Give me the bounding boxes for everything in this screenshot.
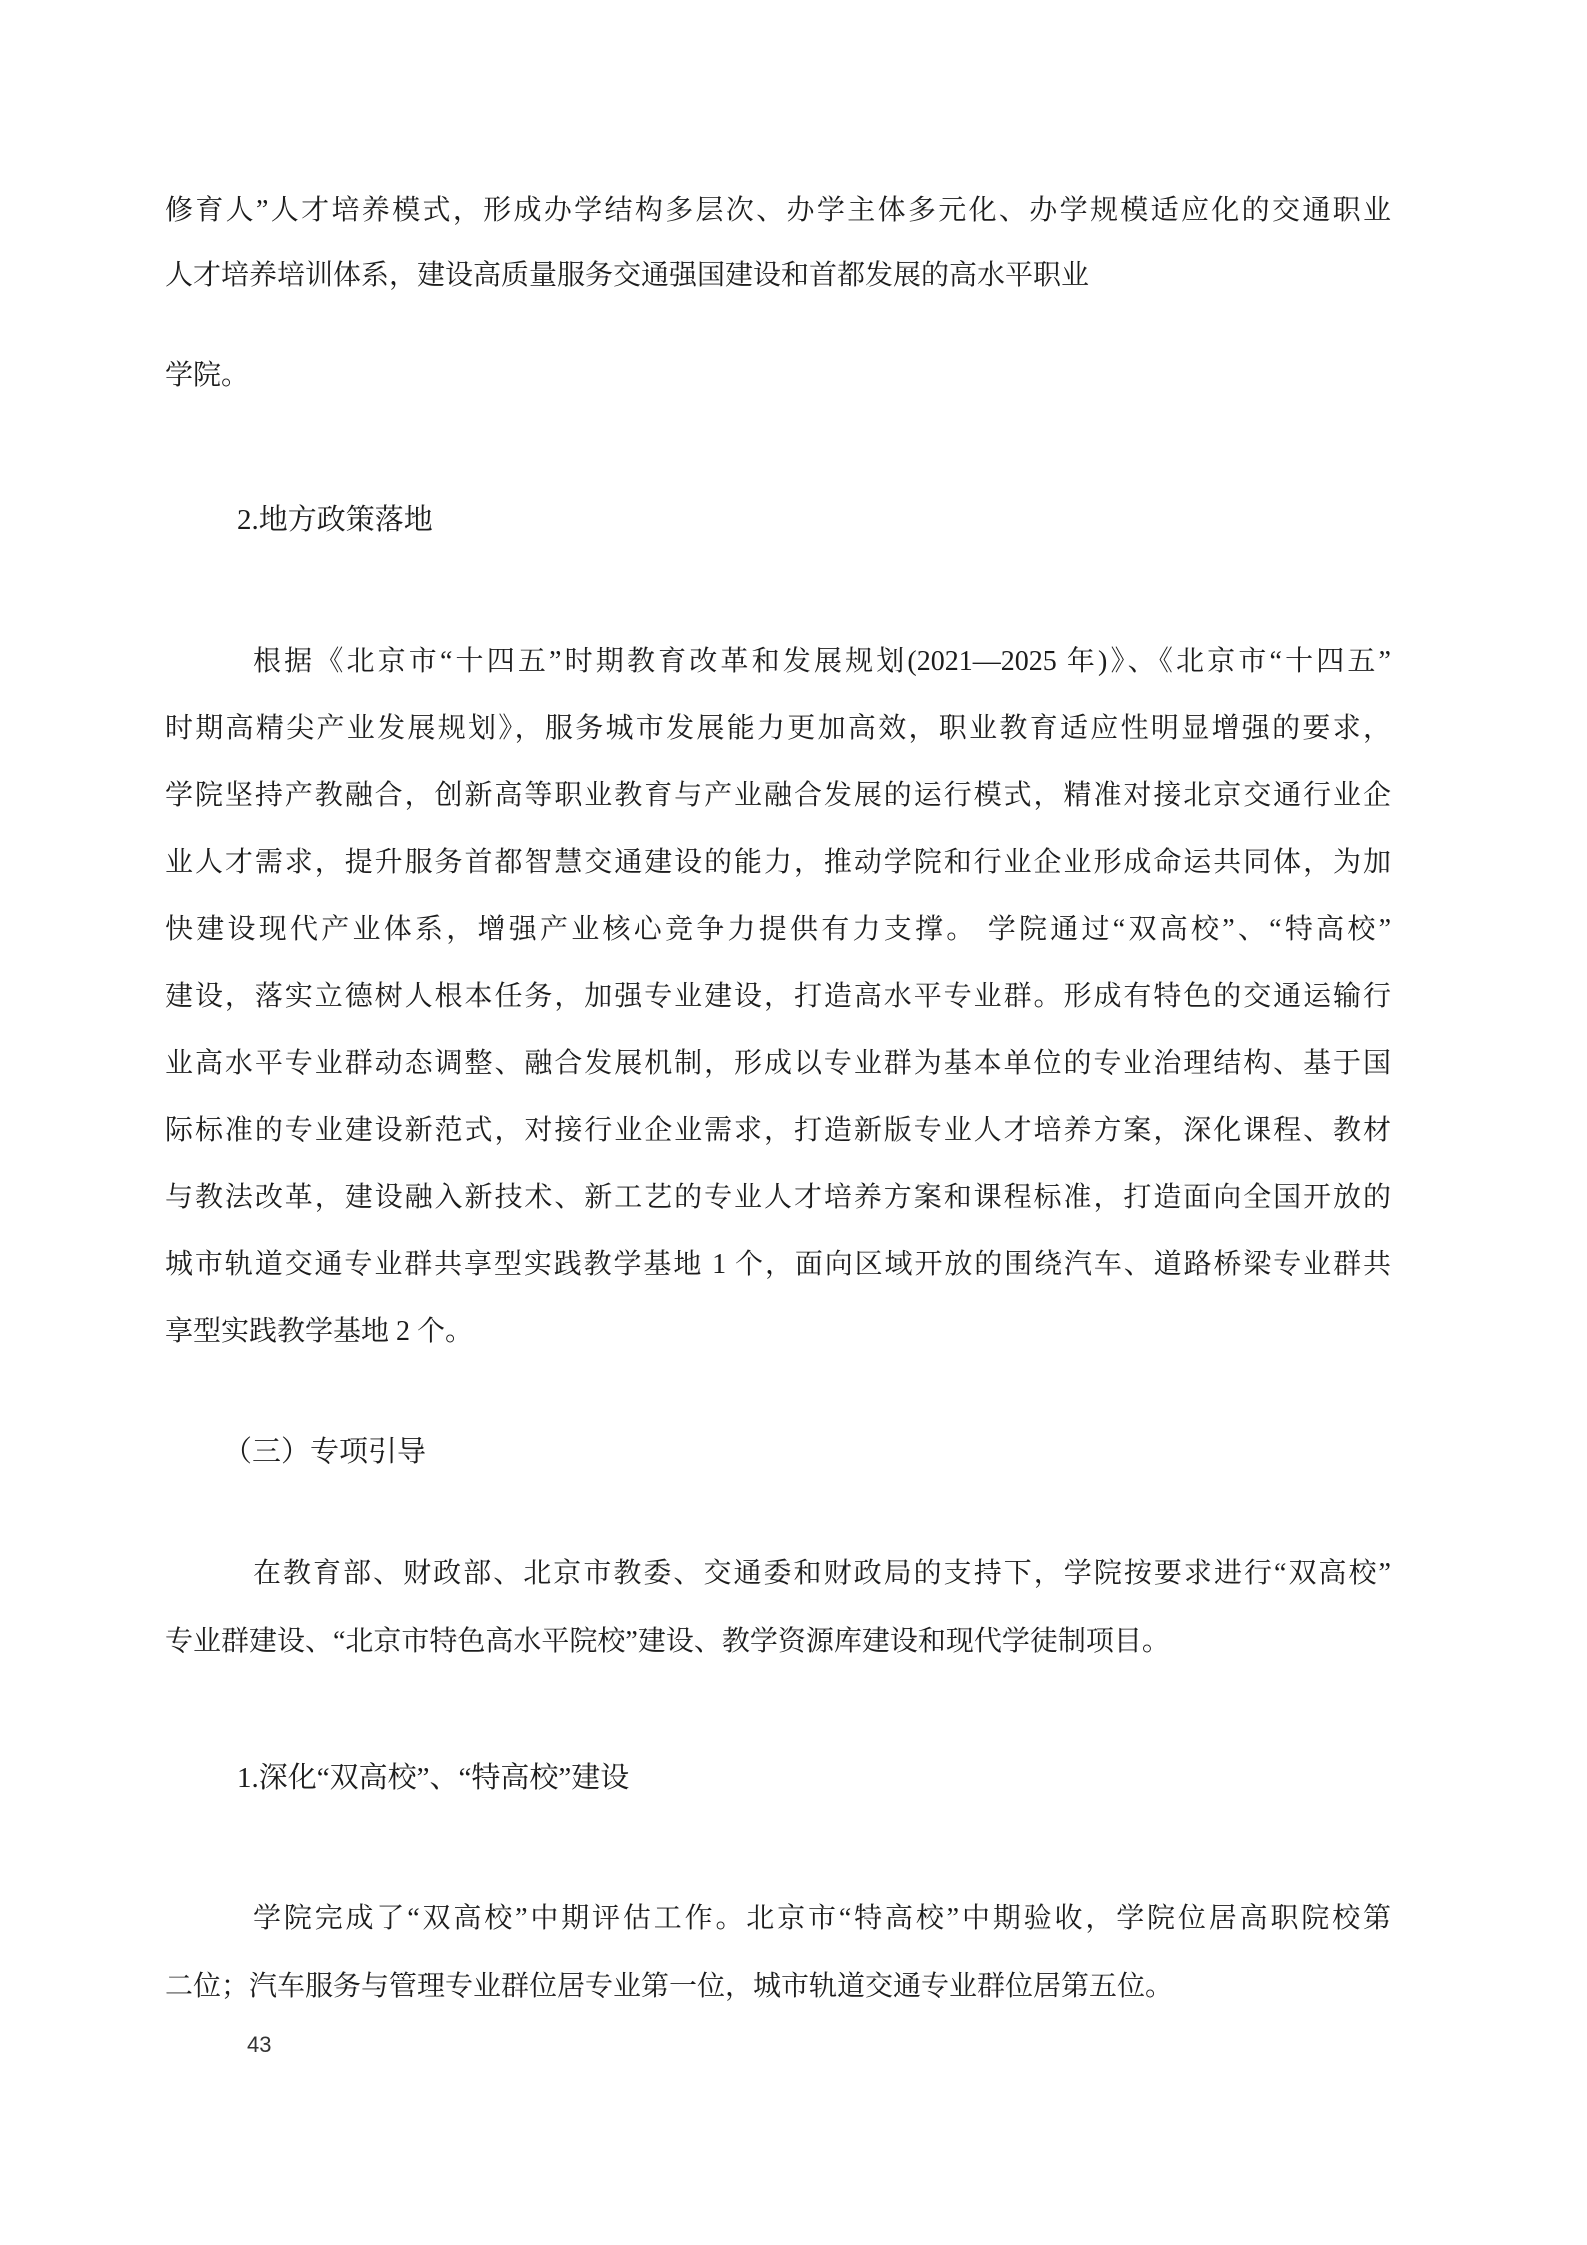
paragraph-intro: 修育人”人才培养模式，形成办学结构多层次、办学主体多元化、办学规模适应化的交通职… — [165, 178, 1391, 308]
document-page: 修育人”人才培养模式，形成办学结构多层次、办学主体多元化、办学规模适应化的交通职… — [0, 0, 1587, 2245]
paragraph-local-policy: 根据《北京市“十四五”时期教育改革和发展规划(2021—2025 年)》、《北京… — [165, 628, 1391, 1365]
text-line: 业高水平专业群动态调整、融合发展机制，形成以专业群为基本单位的专业治理结构、基于… — [165, 1030, 1391, 1097]
document-content: 修育人”人才培养模式，形成办学结构多层次、办学主体多元化、办学规模适应化的交通职… — [165, 0, 1391, 2021]
section-heading-special-guidance: （三）专项引导 — [165, 1420, 1391, 1485]
text-line: 二位；汽车服务与管理专业群位居专业第一位，城市轨道交通专业群位居第五位。 — [165, 1953, 1391, 2021]
text-line: 建设，落实立德树人根本任务，加强专业建设，打造高水平专业群。形成有特色的交通运输… — [165, 963, 1391, 1030]
paragraph-special-guidance: 在教育部、财政部、北京市教委、交通委和财政局的支持下，学院按要求进行“双高校” … — [165, 1540, 1391, 1676]
text-line: 人才培养培训体系，建设高质量服务交通强国建设和首都发展的高水平职业 — [165, 243, 1391, 308]
text-line: 根据《北京市“十四五”时期教育改革和发展规划(2021—2025 年)》、《北京… — [165, 628, 1391, 695]
paragraph-intro-end: 学院。 — [165, 343, 1391, 408]
section-heading-deepen: 1.深化“双高校”、“特高校”建设 — [165, 1746, 1391, 1811]
text-line: 专业群建设、“北京市特色高水平院校”建设、教学资源库建设和现代学徒制项目。 — [165, 1608, 1391, 1676]
text-line: 业人才需求，提升服务首都智慧交通建设的能力，推动学院和行业企业形成命运共同体，为… — [165, 829, 1391, 896]
text-line: 学院坚持产教融合，创新高等职业教育与产业融合发展的运行模式，精准对接北京交通行业… — [165, 762, 1391, 829]
text-line: 际标准的专业建设新范式，对接行业企业需求，打造新版专业人才培养方案，深化课程、教… — [165, 1097, 1391, 1164]
paragraph-deepen: 学院完成了“双高校”中期评估工作。北京市“特高校”中期验收，学院位居高职院校第 … — [165, 1885, 1391, 2021]
text-line: 学院。 — [165, 343, 1391, 408]
text-line: 快建设现代产业体系，增强产业核心竞争力提供有力支撑。 学院通过“双高校”、“特高… — [165, 896, 1391, 963]
text-line: 修育人”人才培养模式，形成办学结构多层次、办学主体多元化、办学规模适应化的交通职… — [165, 178, 1391, 243]
text-line: 与教法改革，建设融入新技术、新工艺的专业人才培养方案和课程标准，打造面向全国开放… — [165, 1164, 1391, 1231]
text-line: 时期高精尖产业发展规划》，服务城市发展能力更加高效，职业教育适应性明显增强的要求… — [165, 695, 1391, 762]
section-heading-local-policy: 2.地方政策落地 — [165, 488, 1391, 553]
text-line: 城市轨道交通专业群共享型实践教学基地 1 个，面向区域开放的围绕汽车、道路桥梁专… — [165, 1231, 1391, 1298]
text-line: 在教育部、财政部、北京市教委、交通委和财政局的支持下，学院按要求进行“双高校” — [165, 1540, 1391, 1608]
text-line: 享型实践教学基地 2 个。 — [165, 1298, 1391, 1365]
text-line: 学院完成了“双高校”中期评估工作。北京市“特高校”中期验收，学院位居高职院校第 — [165, 1885, 1391, 1953]
page-number: 43 — [247, 2032, 271, 2058]
